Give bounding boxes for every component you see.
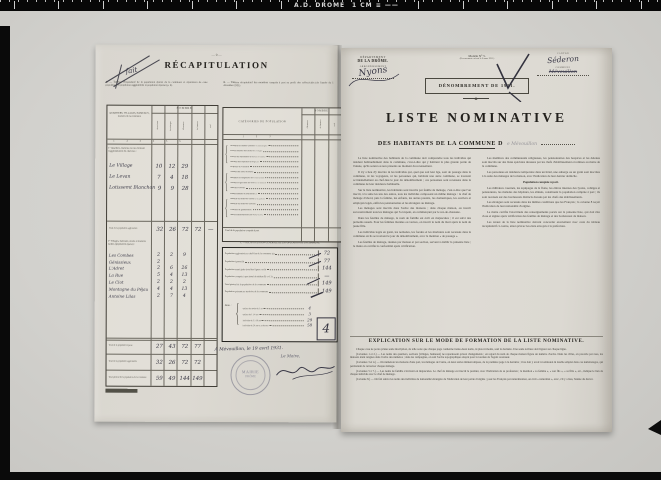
instructions-column-2: Les membres des communautés religieuses,… [482, 156, 600, 334]
paragraph: Il n'y a lieu d'y inscrire ni les indivi… [353, 170, 471, 187]
ruler-scale-label: 1 CM ≡ —— [352, 2, 399, 9]
column-number: 2 [121, 139, 134, 142]
subtitle-text: DES HABITANTS DE LA COMMUNE D [378, 141, 503, 147]
arrondissement-flourish [345, 66, 403, 92]
section-c-box: Population agglomérée au chef-lieu de la… [222, 247, 338, 342]
paragraph: (Colonne 8.) — On fait suivre les noms d… [350, 378, 603, 382]
commune-value: Mévouillon [537, 69, 589, 76]
table-b-total-label: Total de la population comptée à part [225, 230, 299, 232]
column-label: de femmes [191, 113, 204, 139]
section-c-caption: C. — RÉCAPITULATION GÉNÉRALE DE LA POPUL… [222, 242, 338, 244]
table-a-section1-label: 1° Quartiers, maisons ou rues formant l'… [108, 147, 149, 153]
right-page-liste-nominative: DÉPARTEMENT DE LA DRÔME. ARRONDISSEMENT … [341, 48, 612, 432]
column-number: 4 [147, 139, 160, 142]
liste-nominative-title: LISTE NOMINATIVE [341, 110, 612, 126]
canton-block: CANTON Séderon COMMUNE Mévouillon [537, 53, 589, 76]
column-number: 3 [134, 139, 147, 142]
column-number: 1 [237, 135, 250, 138]
table-a-column-labels: de maisonsde ménagesd'hommesde femmestot… [151, 113, 217, 139]
ornament-rule [463, 98, 489, 99]
locality-name: Le Village [107, 164, 152, 169]
locality-name: Lotissemt Blanchon [107, 186, 153, 191]
table-row: Antoine Lilas 2 7 4 [107, 292, 217, 299]
certify-date-line: A Mévouillon, le 19 avril 1931. [215, 345, 335, 353]
column-number: 2 [250, 135, 263, 138]
table-a-grand-totals: Total de la population éparse 27 43 72 7… [106, 338, 216, 386]
recapitulation-title: RÉCAPITULATION [96, 60, 338, 71]
film-edge-left [0, 26, 10, 480]
paragraph: Les ménages sont inscrits dans l'ordre d… [353, 206, 471, 214]
total-row: Total général de la population de la com… [106, 370, 216, 386]
intro-paragraph-b: B. — Tableau récapitulatif des membres c… [224, 81, 334, 88]
intro-paragraph-a: A. — Tableau récapitulatif de la populat… [106, 81, 208, 88]
paragraph: Le maire certifie l'exactitude des rense… [482, 210, 600, 218]
total-row: Total de la population éparse 27 43 72 7… [107, 338, 217, 354]
column-label: de maisons [151, 113, 164, 139]
dont-label: Dont : [225, 304, 232, 307]
archive-scan-viewer: A.D. DROME 1 CM ≡ —— fait — 9 — RÉCAPITU… [0, 0, 661, 480]
explanation-heading: EXPLICATION SUR LE MODE DE FORMATION DE … [341, 339, 612, 344]
department-value: DE LA DRÔME. [347, 59, 399, 63]
table-b-categories: CATÉGORIES DE POPULATION NOMBRE d'hommes… [222, 107, 342, 242]
column-number: 6 [173, 139, 186, 142]
paragraph: La liste nominative des habitants de la … [353, 156, 471, 168]
hand-check-strokes [307, 250, 335, 310]
subtitle-commune-handwritten: e Mévouillon [507, 142, 537, 147]
mayor-signature [274, 357, 336, 383]
table-row: Le Village 10 12 29 [107, 161, 217, 172]
mairie-round-stamp: MAIRIE DRÔME [230, 355, 270, 395]
explanation-paragraphs: Chaque case ne porte qu'une seule inscri… [350, 348, 603, 426]
paragraph: (Colonnes 5 à 7.) — Les noms de famille … [350, 370, 603, 377]
dont-row: enfants de 1 à 4 ans 3 [243, 311, 315, 316]
explanation-divider [350, 336, 603, 337]
paragraph: Les feuilles de ménage, réunies par mais… [353, 240, 471, 248]
column-label: total [328, 114, 341, 134]
column-label: total [204, 113, 217, 139]
paragraph: Les personnes en résidence temporaire da… [482, 170, 600, 178]
canton-value: Séderon [537, 53, 590, 66]
table-b-header: CATÉGORIES DE POPULATION [223, 120, 301, 123]
locality-name: Le Levan [107, 175, 152, 180]
table-a-section2-rows: Les Combes 2 2 9 Génissieux 2 [107, 252, 217, 300]
table-a-section1-total: Total de la population agglomérée 32 26 … [107, 221, 217, 237]
dont-brace: { [235, 300, 239, 329]
column-label: d'hommes [301, 114, 314, 134]
film-edge-notch [646, 419, 661, 439]
table-a-section2-label: 2° Villages, hameaux, écarts et maisons … [108, 240, 149, 246]
locality-name: La Rue [107, 273, 152, 278]
table-a-section1-rows: Le Village 10 12 29 Le Levan 7 4 18 [107, 161, 217, 194]
dotted-line [541, 144, 575, 145]
paragraph: Les totaux de la liste nominative doiven… [482, 220, 600, 228]
table-b-nombre-header: NOMBRE [301, 109, 341, 112]
paragraph: Sur la liste nominative, les habitants s… [353, 188, 471, 205]
locality-name: Génissieux [107, 259, 152, 264]
page-number: — 9 — [96, 53, 338, 58]
locality-name: L'Adret [107, 266, 152, 271]
total-row: Total de la population agglomérée 32 26 … [107, 354, 217, 370]
table-a-column-numbers: 123456 [107, 139, 217, 142]
dont-rows: enfants de moins de 1 an 4 enfants de 1 … [243, 305, 315, 328]
table-row: Lotissemt Blanchon 9 9 28 [107, 183, 217, 194]
corner-total-box: 4 [317, 317, 336, 340]
column-number [223, 135, 236, 138]
paragraph: Dans les feuilles de ménage, le nom de f… [353, 216, 471, 228]
column-label: de femmes [315, 114, 328, 134]
film-edge-bottom [0, 472, 661, 480]
paragraph: Chaque case ne porte qu'une seule inscri… [350, 348, 603, 352]
table-b-column-labels: d'hommesde femmestotal [301, 114, 341, 134]
locality-name: Montagne du Péjau [107, 286, 152, 291]
locality-name: Le Clot [107, 280, 152, 285]
archive-label: A.D. DROME [294, 2, 345, 9]
film-ruler: A.D. DROME 1 CM ≡ —— [0, 0, 661, 11]
paragraph: Les membres des communautés religieuses,… [482, 156, 600, 168]
column-2-subheading: Population comptée à part. [482, 180, 600, 184]
locality-name: Antoine Lilas [107, 293, 152, 298]
paragraph: Les individus logés en garni, les nomade… [353, 230, 471, 238]
table-a-population: NOMBRE QUARTIERS, VILLAGES, HAMEAUX, mai… [105, 105, 218, 387]
dont-row: individus de 5 à 19 ans 29 [243, 317, 315, 322]
column-2-part-b: Les militaires casernés, les équipages d… [482, 186, 600, 228]
table-row: Le Levan 7 4 18 [107, 172, 217, 183]
column-number: 3 [263, 135, 276, 138]
column-number: 5 [160, 139, 173, 142]
column-2-part-a: Les membres des communautés religieuses,… [482, 156, 600, 178]
category-row: Autres établissements (en observation) [223, 211, 301, 217]
locality-name: Les Combes [107, 253, 152, 258]
column-label: d'hommes [178, 113, 191, 139]
dont-row: enfants de moins de 1 an 4 [243, 305, 315, 310]
table-a-nombre-header: NOMBRE [151, 107, 217, 110]
table-b-column-numbers: 123 [223, 135, 341, 138]
hand-checkmark [493, 52, 535, 102]
title-rule [459, 148, 495, 149]
paragraph: Les militaires casernés, les équipages d… [482, 186, 600, 198]
instructions-column-1: La liste nominative des habitants de la … [353, 156, 471, 334]
column-label: de ménages [165, 113, 178, 139]
table-b-rows: Militaires et marins casernés ou embarqu… [223, 142, 301, 216]
table-a-corner-header: QUARTIERS, VILLAGES, HAMEAUX, maisons de… [108, 112, 150, 118]
paragraph: Les étrangers sont recensés dans les mêm… [482, 200, 600, 208]
printer-imprint-smudge [105, 389, 137, 393]
paragraph: (Colonnes 3 et 4.) — On numérote les mai… [350, 361, 603, 368]
column-number: 1 [107, 139, 120, 142]
paragraph: (Colonnes 1 et 2.) — Les noms des quarti… [350, 353, 603, 360]
left-page-recapitulation: fait — 9 — RÉCAPITULATION A. — Tableau r… [94, 45, 337, 423]
dont-row: individus de 20 ans et au-dessus 58 [243, 322, 315, 327]
corner-total-value: 4 [318, 318, 335, 338]
